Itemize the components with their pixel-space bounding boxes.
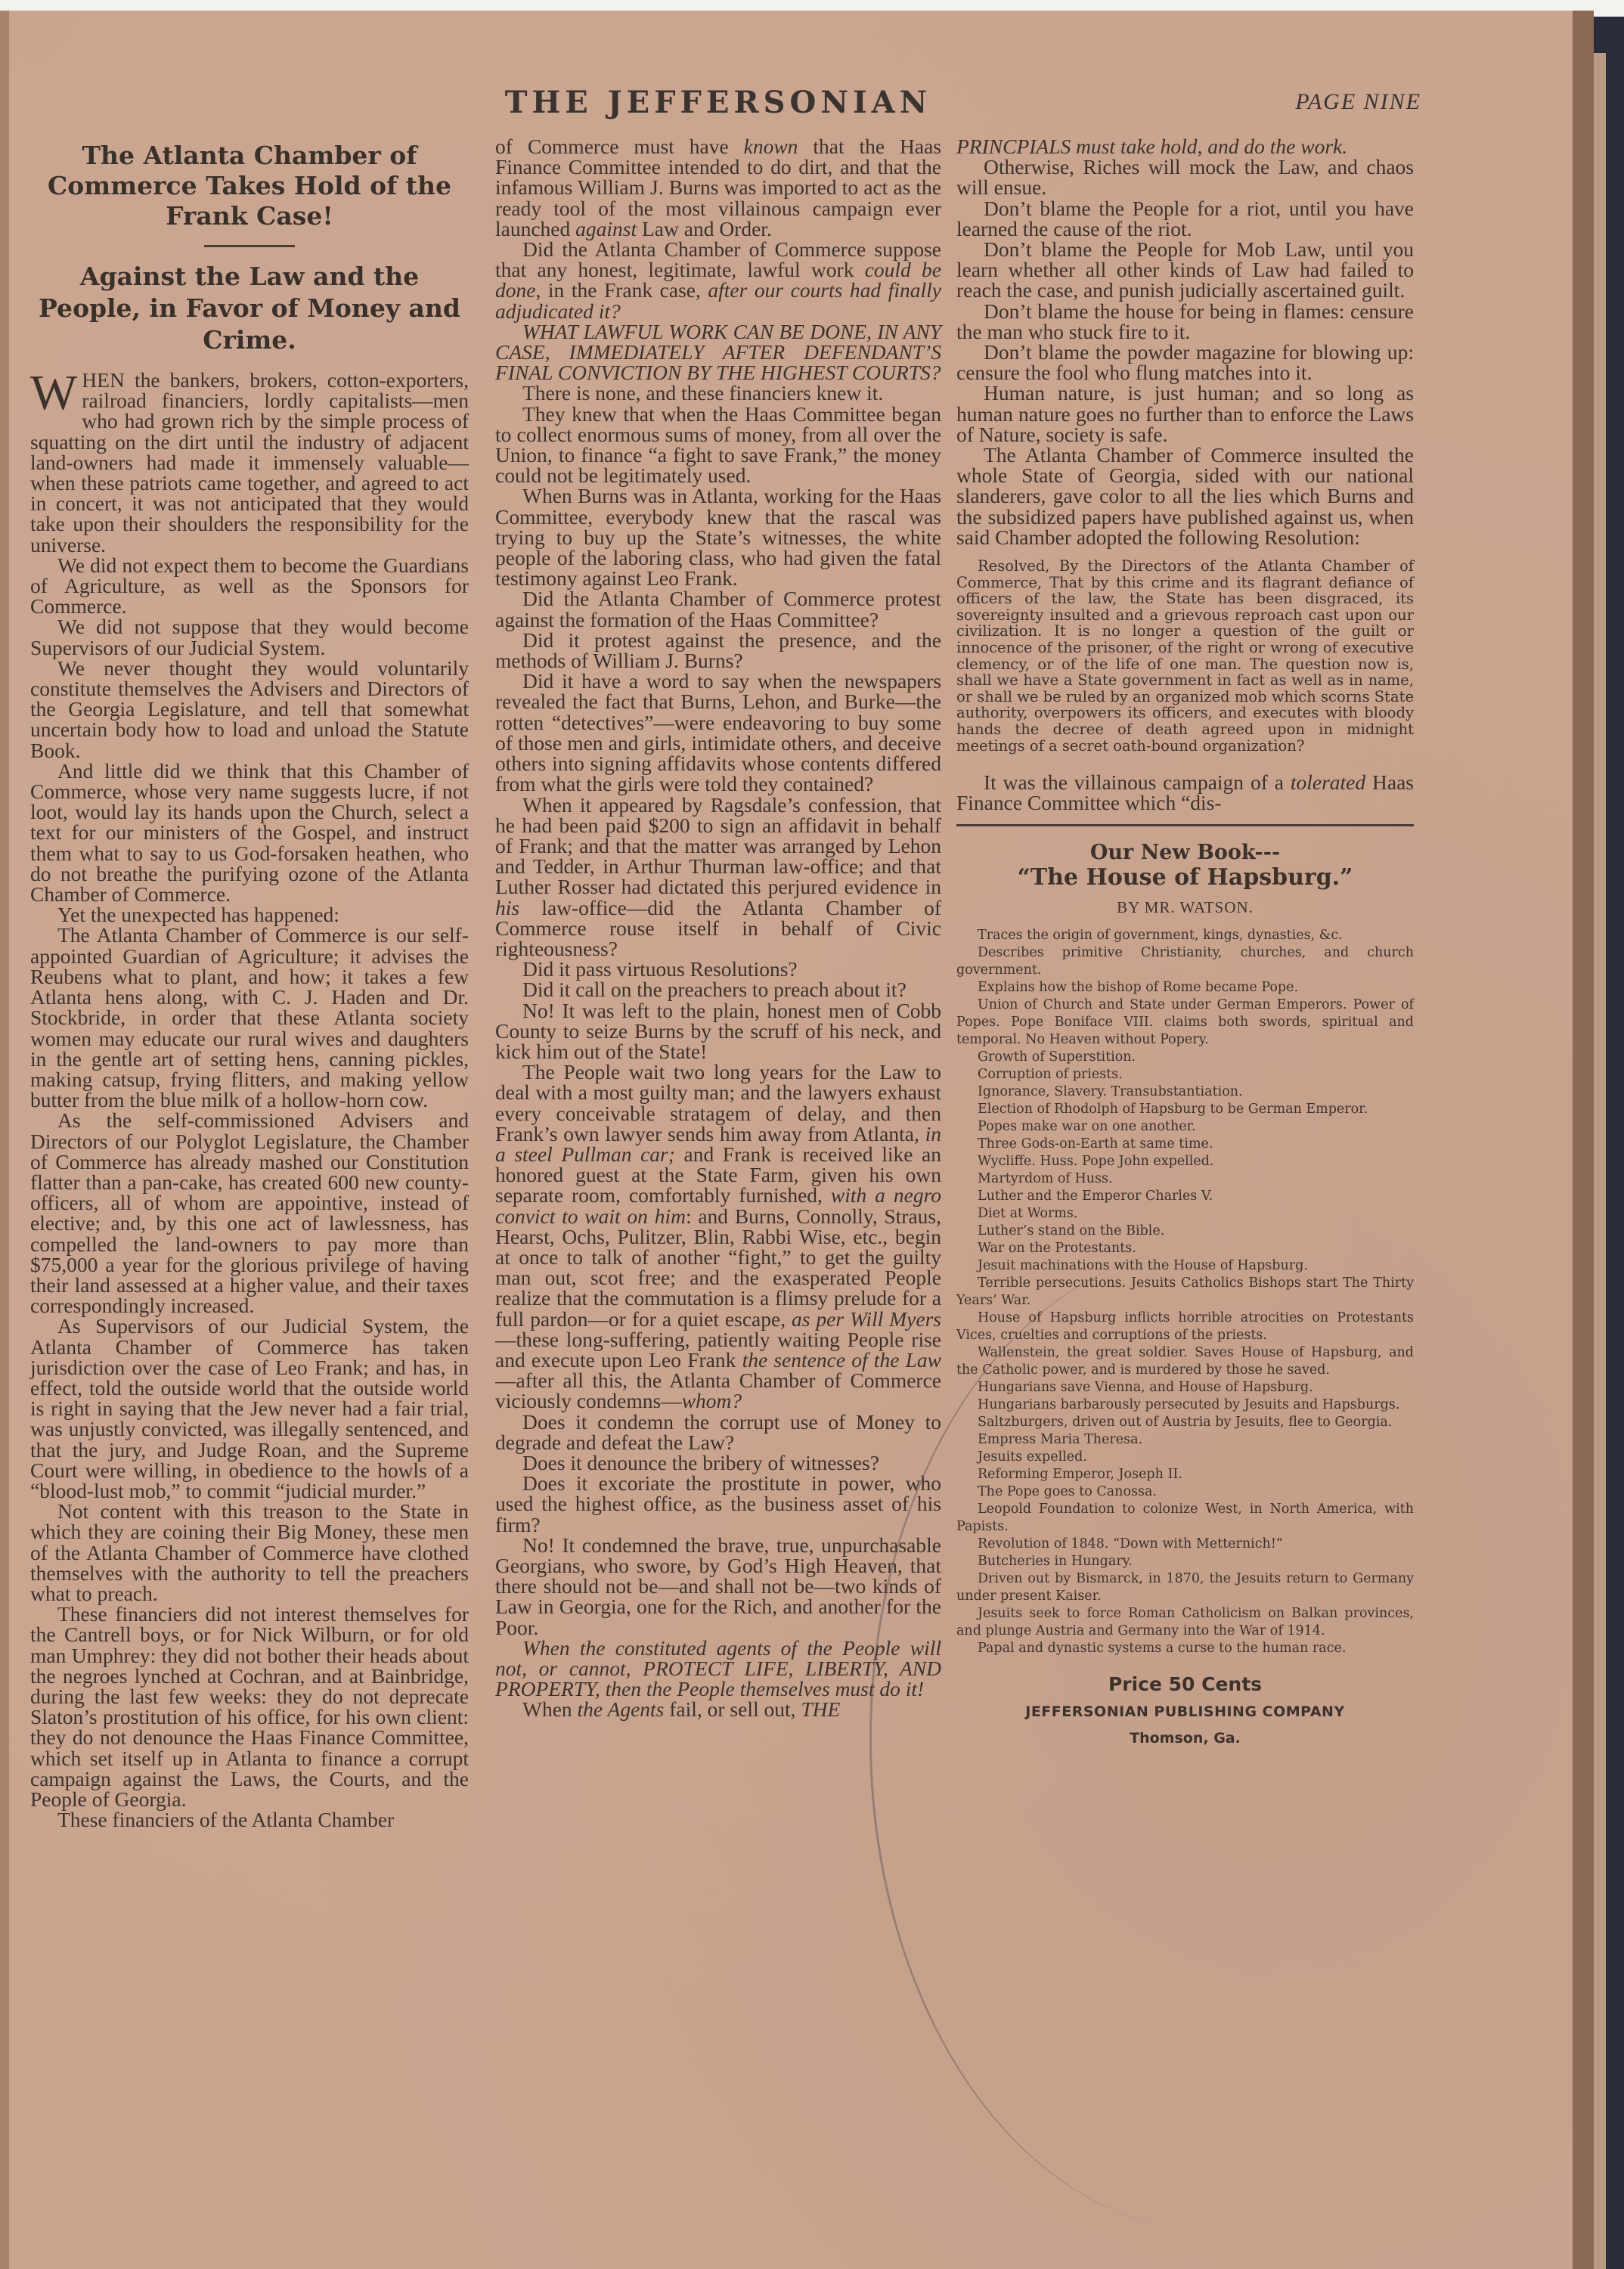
ad-item: Union of Church and State under German E… — [956, 997, 1414, 1049]
paragraph: Did it call on the preachers to preach a… — [495, 979, 941, 1000]
ad-item: Driven out by Bismarck, in 1870, the Jes… — [956, 1570, 1414, 1605]
paragraph: The Atlanta Chamber of Commerce insulted… — [956, 445, 1414, 547]
paragraph: Human nature, is just human; and so long… — [956, 383, 1414, 445]
book-advertisement: Our New Book--- “The House of Hapsburg.”… — [956, 842, 1414, 1750]
paragraph: PRINCPIALS must take hold, and do the wo… — [956, 136, 1414, 157]
ad-contents-list: Traces the origin of government, kings, … — [956, 927, 1414, 1657]
paragraph: Does it condemn the corrupt use of Money… — [495, 1412, 941, 1452]
paragraph: Did the Atlanta Chamber of Commerce supp… — [495, 239, 941, 321]
ad-item: Wycliffe. Huss. Pope John expelled. — [956, 1153, 1414, 1170]
ad-item: Explains how the bishop of Rome became P… — [956, 979, 1414, 997]
ad-item: Describes primitive Christianity, church… — [956, 944, 1414, 979]
right-column: PRINCPIALS must take hold, and do the wo… — [956, 136, 1414, 1749]
paragraph: Did it have a word to say when the newsp… — [495, 671, 941, 794]
page-left-edge — [0, 11, 9, 2269]
paragraph: Don’t blame the People for Mob Law, unti… — [956, 239, 1414, 301]
paragraph: The People wait two long years for the L… — [495, 1062, 941, 1411]
ad-item: Popes make war on one another. — [956, 1118, 1414, 1136]
paragraph: When it appeared by Ragsdale’s confessio… — [495, 795, 941, 959]
paragraph: When Burns was in Atlanta, working for t… — [495, 485, 941, 588]
paragraph: It was the villainous campaign of a tole… — [956, 772, 1414, 813]
book-binding-edge — [1594, 53, 1606, 2269]
paragraph: We never thought they would voluntarily … — [30, 658, 469, 761]
paragraph: Otherwise, Riches will mock the Law, and… — [956, 157, 1414, 197]
drop-cap: W — [30, 373, 77, 414]
headline-divider — [204, 245, 295, 247]
ad-item: Traces the origin of government, kings, … — [956, 927, 1414, 944]
ad-item: Growth of Superstition. — [956, 1049, 1414, 1066]
emphasis-paragraph: WHAT LAWFUL WORK CAN BE DONE, IN ANY CAS… — [495, 321, 941, 383]
paragraph: Yet the unexpected has happened: — [30, 904, 469, 925]
ad-item: Luther’s stand on the Bible. — [956, 1223, 1414, 1240]
paragraph: Don’t blame the powder magazine for blow… — [956, 342, 1414, 383]
ad-item: Leopold Foundation to colonize West, in … — [956, 1501, 1414, 1536]
lead-paragraph: WHEN the bankers, brokers, cotton-export… — [30, 370, 469, 555]
ad-city: Thomson, Ga. — [956, 1728, 1414, 1749]
book-binding — [1573, 11, 1594, 2269]
ad-item: Hungarians barbarously persecuted by Jes… — [956, 1396, 1414, 1414]
paragraph: No! It condemned the brave, true, unpurc… — [495, 1535, 941, 1638]
paragraph: We did not suppose that they would becom… — [30, 616, 469, 657]
masthead: THE JEFFERSONIAN — [461, 85, 975, 120]
ad-item: Jesuits expelled. — [956, 1449, 1414, 1466]
paragraph: Did the Atlanta Chamber of Commerce prot… — [495, 588, 941, 629]
page-number: PAGE NINE — [1255, 89, 1421, 115]
resolution-quote: Resolved, By the Directors of the Atlant… — [956, 558, 1414, 754]
paragraph: These financiers did not interest themse… — [30, 1604, 469, 1809]
ad-item: House of Hapsburg inflicts horrible atro… — [956, 1310, 1414, 1344]
ad-divider — [956, 824, 1414, 826]
ad-byline: BY MR. WATSON. — [956, 897, 1414, 918]
paragraph: When the Agents fail, or sell out, THE — [495, 1699, 941, 1719]
paragraph: Does it denounce the bribery of witnesse… — [495, 1452, 941, 1473]
paragraph: No! It was left to the plain, honest men… — [495, 1000, 941, 1062]
ad-item: Reforming Emperor, Joseph II. — [956, 1466, 1414, 1483]
ad-item: Butcheries in Hungary. — [956, 1553, 1414, 1570]
ad-item: Luther and the Emperor Charles V. — [956, 1188, 1414, 1205]
ad-item: Martyrdom of Huss. — [956, 1170, 1414, 1188]
left-column: The Atlanta Chamber of Commerce Takes Ho… — [30, 136, 469, 1830]
ad-item: Diet at Worms. — [956, 1205, 1414, 1223]
paragraph: We did not expect them to become the Gua… — [30, 555, 469, 617]
ad-item: Terrible persecutions. Jesuits Catholics… — [956, 1275, 1414, 1310]
paragraph: Does it excoriate the prostitute in powe… — [495, 1473, 941, 1535]
paragraph: There is none, and these financiers knew… — [495, 383, 941, 403]
paragraph: And little did we think that this Chambe… — [30, 761, 469, 904]
paragraph: Did it pass virtuous Resolutions? — [495, 959, 941, 979]
paragraph: Not content with this treason to the Sta… — [30, 1501, 469, 1604]
paragraph: Did it protest against the presence, and… — [495, 630, 941, 671]
paragraph: The Atlanta Chamber of Commerce is our s… — [30, 925, 469, 1110]
middle-column: of Commerce must have known that the Haa… — [495, 136, 941, 1720]
ad-item: The Pope goes to Canossa. — [956, 1483, 1414, 1501]
resolution-text: Resolved, By the Directors of the Atlant… — [956, 558, 1414, 754]
ad-item: Three Gods-on-Earth at same time. — [956, 1136, 1414, 1153]
ad-item: Revolution of 1848. “Down with Metternic… — [956, 1536, 1414, 1553]
ad-publisher: JEFFERSONIAN PUBLISHING COMPANY — [956, 1702, 1414, 1722]
ad-item: Empress Maria Theresa. — [956, 1431, 1414, 1449]
paragraph: of Commerce must have known that the Haa… — [495, 136, 941, 239]
ad-price: Price 50 Cents — [956, 1674, 1414, 1694]
paragraph: As Supervisors of our Judicial System, t… — [30, 1316, 469, 1501]
ad-item: Ignorance, Slavery. Transubstantiation. — [956, 1083, 1414, 1101]
ad-item: Corruption of priests. — [956, 1066, 1414, 1083]
paragraph: As the self-commissioned Advisers and Di… — [30, 1110, 469, 1316]
paragraph: Don’t blame the house for being in flame… — [956, 301, 1414, 342]
ad-book-title: “The House of Hapsburg.” — [956, 864, 1414, 891]
emphasis-paragraph: When the constituted agents of the Peopl… — [495, 1638, 941, 1700]
paragraph: They knew that when the Haas Committee b… — [495, 404, 941, 486]
ad-item: Papal and dynastic systems a curse to th… — [956, 1640, 1414, 1657]
ad-item: Election of Rhodolph of Hapsburg to be G… — [956, 1101, 1414, 1118]
ad-item: Hungarians save Vienna, and House of Hap… — [956, 1379, 1414, 1396]
ad-title: Our New Book--- — [956, 842, 1414, 864]
ad-item: War on the Protestants. — [956, 1240, 1414, 1257]
article-headline: The Atlanta Chamber of Commerce Takes Ho… — [38, 141, 461, 231]
paragraph: Don’t blame the People for a riot, until… — [956, 198, 1414, 239]
ad-item: Wallenstein, the great soldier. Saves Ho… — [956, 1344, 1414, 1379]
paragraph: These financiers of the Atlanta Chamber — [30, 1809, 469, 1830]
ad-item: Saltzburgers, driven out of Austria by J… — [956, 1414, 1414, 1431]
ad-item: Jesuit machinations with the House of Ha… — [956, 1257, 1414, 1275]
ad-item: Jesuits seek to force Roman Catholicism … — [956, 1605, 1414, 1640]
article-subheadline: Against the Law and the People, in Favor… — [30, 261, 469, 356]
